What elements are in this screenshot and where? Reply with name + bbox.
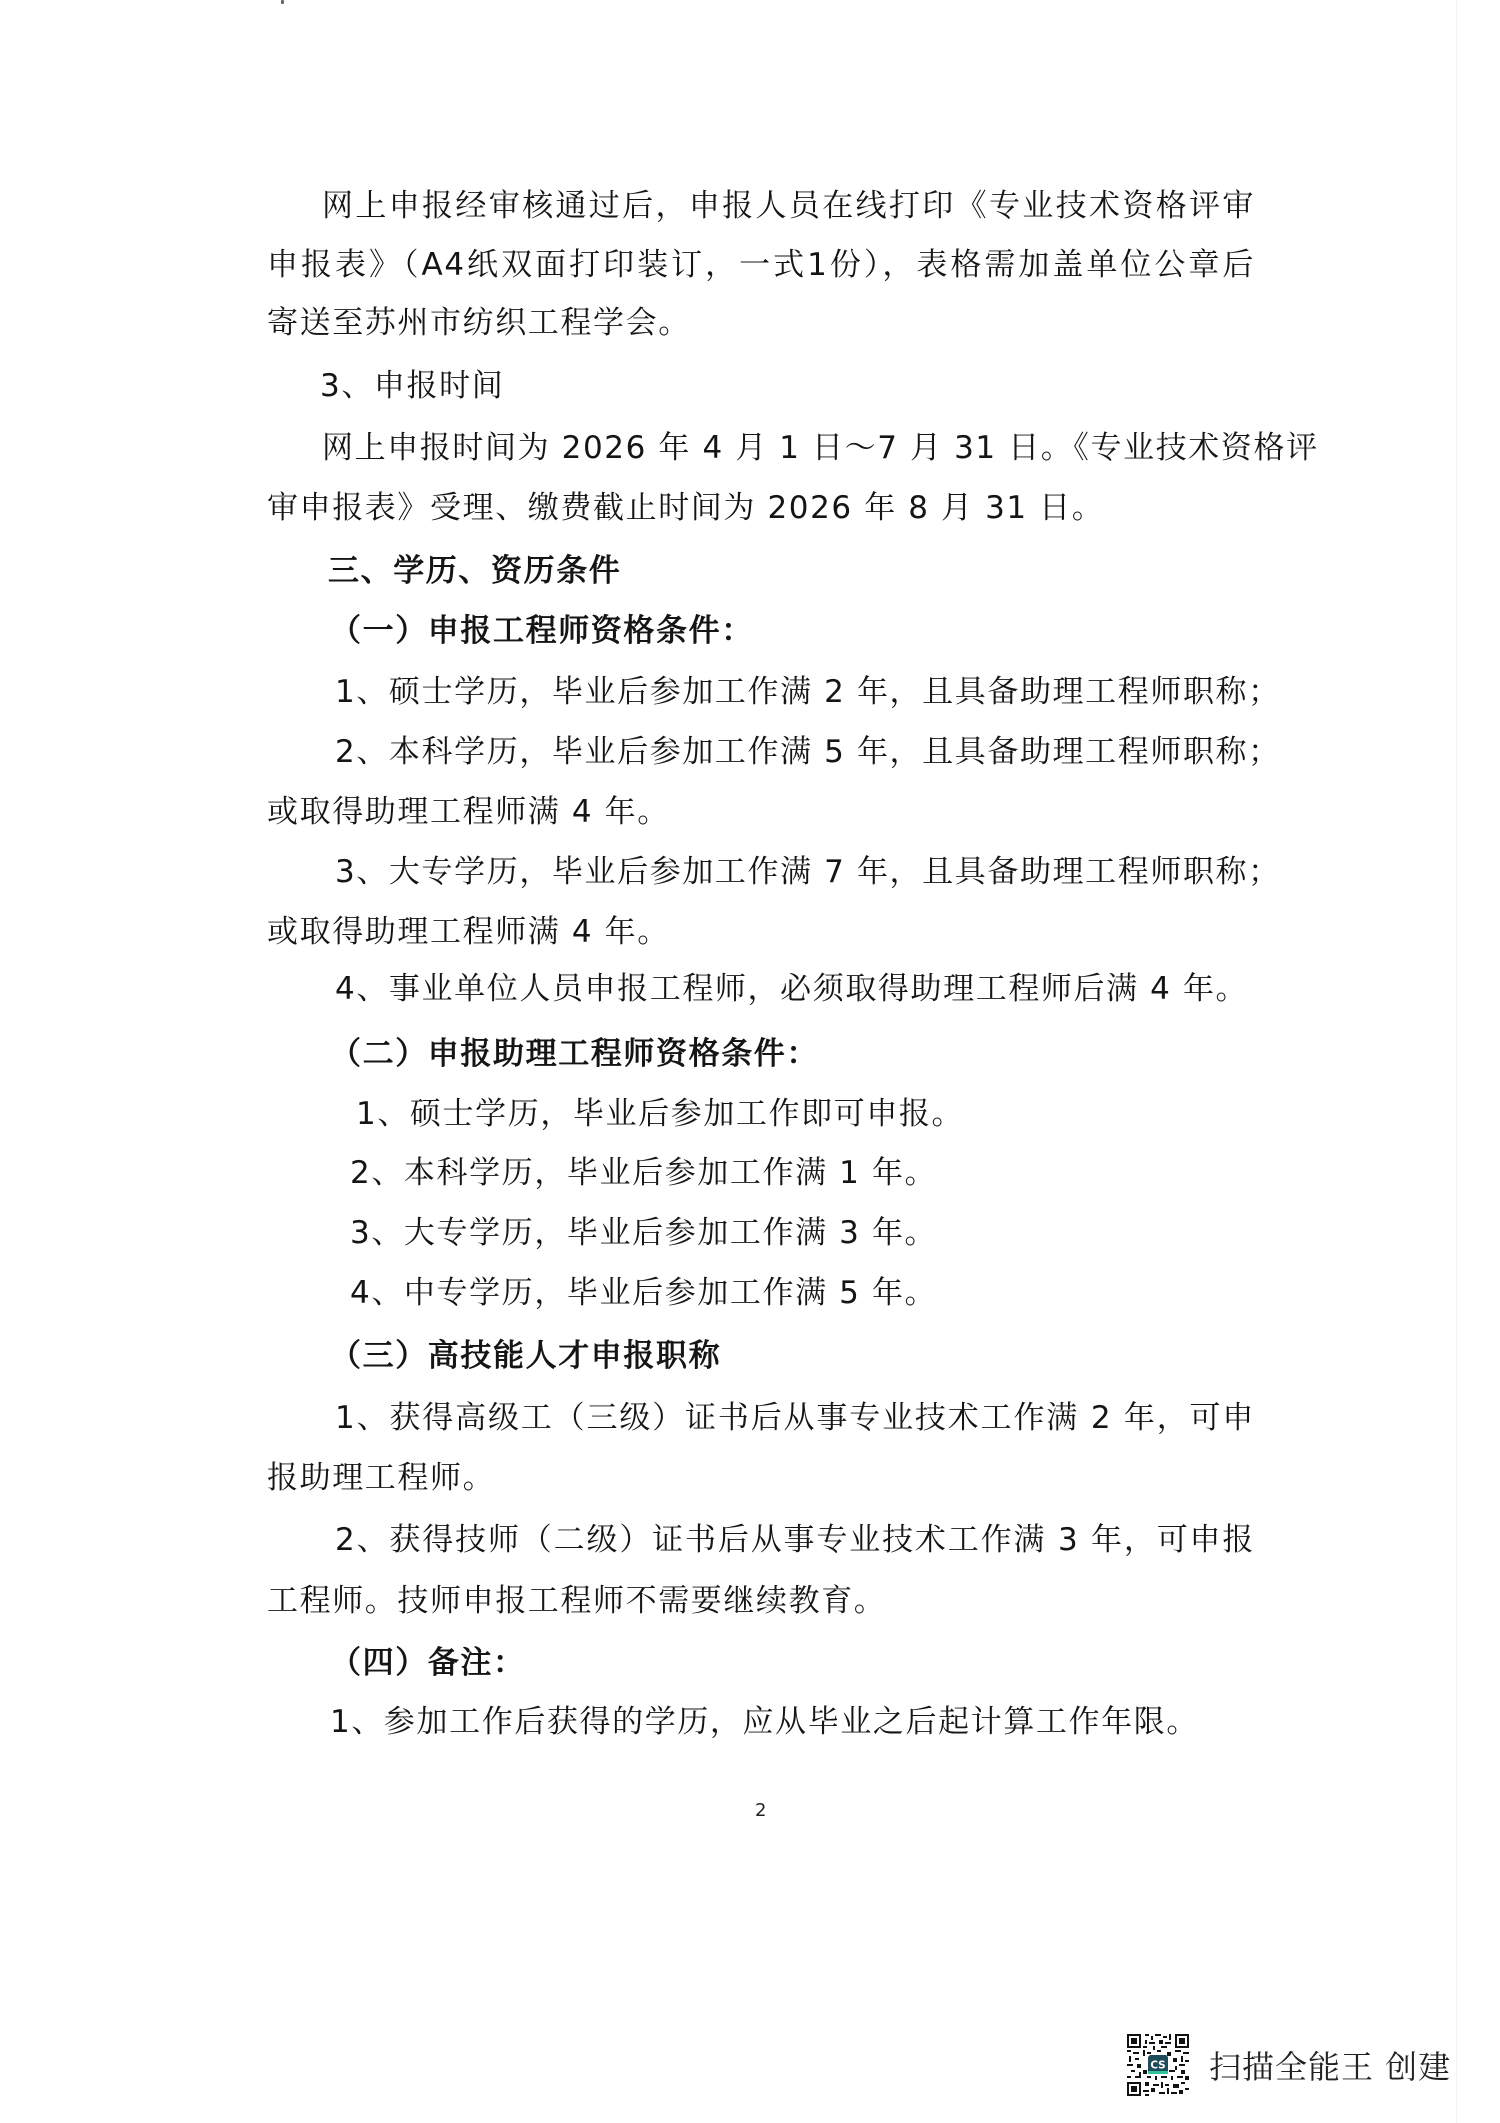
camscanner-watermark: CS 扫描全能王 创建 — [1125, 2029, 1451, 2101]
paragraph-line: 网上申报时间为 2026 年 4 月 1 日～7 月 31 日。《专业技术资格评 — [322, 430, 1255, 466]
list-item: 1、硕士学历，毕业后参加工作即可申报。 — [356, 1096, 964, 1132]
document-page: 网上申报经审核通过后，申报人员在线打印《专业技术资格评审 申报表》（A4纸双面打… — [0, 0, 1500, 2123]
page-number: 2 — [755, 1800, 766, 1821]
list-item: 2、本科学历，毕业后参加工作满 1 年。 — [350, 1155, 937, 1191]
watermark-label: 扫描全能王 创建 — [1209, 2042, 1451, 2088]
section-subheading: 3、申报时间 — [320, 368, 504, 404]
list-item-continuation: 或取得助理工程师满 4 年。 — [267, 914, 670, 950]
list-item: 1、硕士学历，毕业后参加工作满 2 年，且具备助理工程师职称； — [335, 674, 1281, 710]
list-item-continuation: 报助理工程师。 — [267, 1460, 495, 1496]
paragraph-line: 审申报表》受理、缴费截止时间为 2026 年 8 月 31 日。 — [267, 490, 1104, 526]
list-item: 1、获得高级工（三级）证书后从事专业技术工作满 2 年，可申 — [335, 1400, 1255, 1436]
list-item-continuation: 工程师。技师申报工程师不需要继续教育。 — [267, 1583, 886, 1619]
subsection-heading: （二）申报助理工程师资格条件： — [330, 1036, 819, 1072]
subsection-heading: （四）备注： — [330, 1645, 526, 1681]
list-item: 4、事业单位人员申报工程师，必须取得助理工程师后满 4 年。 — [335, 971, 1248, 1007]
paragraph-line: 申报表》（A4纸双面打印装订，一式1份），表格需加盖单位公章后 — [267, 247, 1255, 283]
scan-speck — [281, 0, 284, 4]
scan-edge-line — [1456, 0, 1457, 2123]
list-item: 2、获得技师（二级）证书后从事专业技术工作满 3 年，可申报 — [335, 1522, 1255, 1558]
list-item: 3、大专学历，毕业后参加工作满 7 年，且具备助理工程师职称； — [335, 854, 1281, 890]
list-item: 4、中专学历，毕业后参加工作满 5 年。 — [350, 1275, 937, 1311]
list-item: 1、参加工作后获得的学历，应从毕业之后起计算工作年限。 — [330, 1704, 1199, 1740]
qr-code-icon: CS — [1125, 2032, 1191, 2098]
list-item: 3、大专学历，毕业后参加工作满 3 年。 — [350, 1215, 937, 1251]
subsection-heading: （三）高技能人才申报职称 — [330, 1338, 721, 1374]
svg-text:CS: CS — [1150, 2059, 1165, 2071]
list-item-continuation: 或取得助理工程师满 4 年。 — [267, 794, 670, 830]
paragraph-line: 网上申报经审核通过后，申报人员在线打印《专业技术资格评审 — [322, 188, 1255, 224]
section-heading: 三、学历、资历条件 — [328, 553, 621, 589]
paragraph-line: 寄送至苏州市纺织工程学会。 — [267, 305, 691, 341]
list-item: 2、本科学历，毕业后参加工作满 5 年，且具备助理工程师职称； — [335, 734, 1281, 770]
subsection-heading: （一）申报工程师资格条件： — [330, 613, 754, 649]
